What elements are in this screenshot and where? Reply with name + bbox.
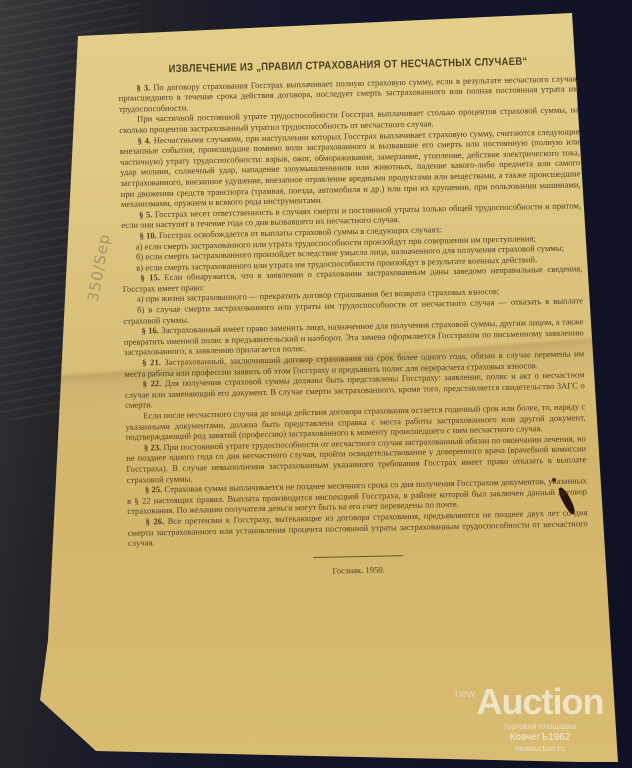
- auction-watermark: new Auction торговая площадка КовчегЪ196…: [455, 682, 625, 754]
- section-number: § 22.: [143, 378, 162, 388]
- section-number: § 3.: [136, 82, 150, 92]
- sections-group-1: § 3. По договору страхования Госстрах вы…: [118, 73, 581, 242]
- section-number: § 25.: [145, 484, 163, 494]
- watermark-prefix: new: [455, 688, 475, 700]
- section-paragraph: § 4. Несчастными случаями, при наступлен…: [119, 126, 580, 210]
- section-number: § 23.: [144, 442, 161, 452]
- section-number: § 5.: [139, 209, 153, 219]
- sections-group-2: § 16. Застрахованный имеет право заменит…: [123, 317, 588, 549]
- divider-line: [313, 555, 403, 558]
- section-number: § 16.: [141, 325, 159, 335]
- section-text: Несчастными случаями, при наступлении ко…: [120, 126, 581, 209]
- watermark-seller: КовчегЪ1962: [455, 732, 625, 744]
- document-body: ИЗВЛЕЧЕНИЕ ИЗ „ПРАВИЛ СТРАХОВАНИЯ ОТ НЕС…: [118, 56, 589, 580]
- section-number: § 15.: [140, 272, 160, 282]
- watermark-site: newauction.ru: [455, 744, 625, 754]
- section-number: § 10.: [139, 230, 156, 240]
- watermark-subtitle: торговая площадка: [455, 722, 625, 732]
- section-number: § 4.: [137, 135, 151, 145]
- watermark-brand: Auction: [455, 682, 625, 722]
- section-number: § 26.: [145, 516, 164, 526]
- section-number: § 21.: [142, 357, 161, 367]
